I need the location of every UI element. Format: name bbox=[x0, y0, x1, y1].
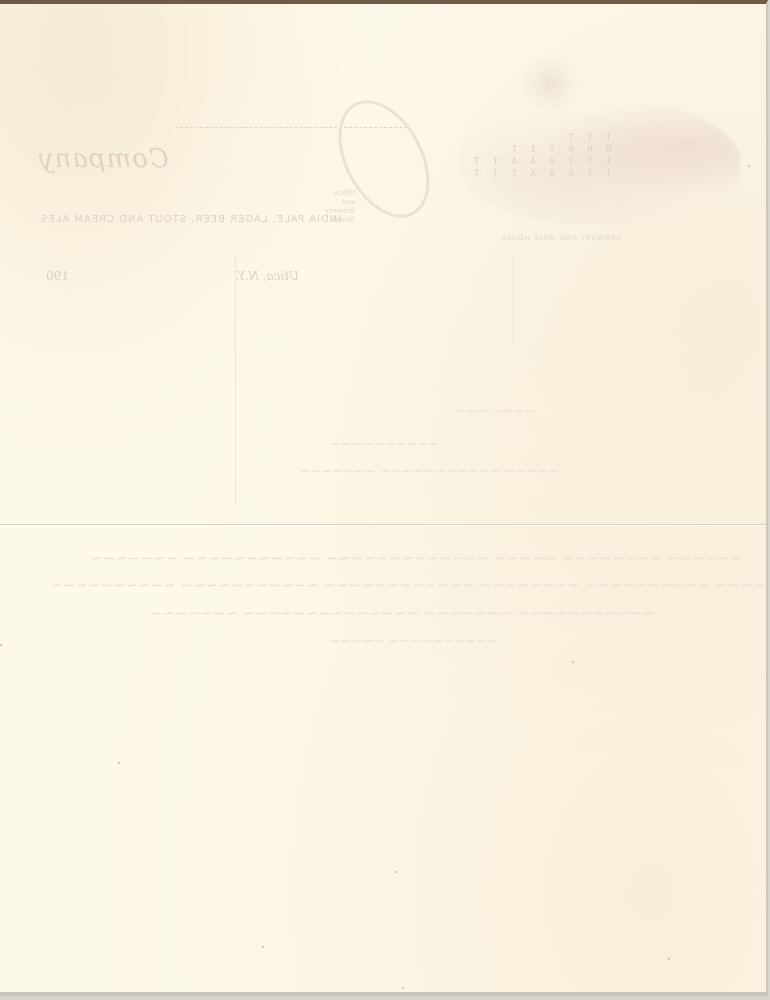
paper-speck bbox=[0, 644, 2, 646]
show-through-body-line: ~~~~~~~ ~~~~~~~~~~ ~~~~~~~~ ~~~~~~~~~~~~… bbox=[50, 576, 768, 594]
paper-fold-crease bbox=[0, 524, 766, 525]
show-through-body-line: ~~~~ ~~~ bbox=[455, 404, 535, 419]
show-through-body-line: ~~~~~~~~~~ ~~~~~ bbox=[330, 634, 498, 649]
show-through-date-year: 190 bbox=[46, 269, 69, 283]
paper-speck bbox=[402, 987, 404, 989]
paper-speck bbox=[395, 871, 397, 873]
engraving-window-rows: T T T R R R T I T T T T A A A T T T T A … bbox=[470, 132, 611, 180]
show-through-body-line: ~~~~~~~~~~~ ~~~~~~~ ~~~~~~~~~~~~~~ ~~~~~… bbox=[150, 604, 654, 622]
show-through-products-line: INDIA PALE, LAGER BEER, STOUT AND CREAM … bbox=[40, 214, 341, 225]
paper-speck bbox=[668, 958, 670, 960]
paper-speck bbox=[572, 661, 574, 663]
paper-speck bbox=[262, 946, 264, 948]
show-through-body-line: ~~~~~ ~~~~~~~~~~~ ~~~~~~~ bbox=[300, 464, 559, 479]
ruled-vertical-line-right bbox=[512, 254, 513, 344]
show-through-body-line: ~~~~~~ ~~~~~~~~ ~~~~~ ~~~~~~~~~~~~~ ~~~~… bbox=[90, 549, 742, 567]
paper-speck bbox=[748, 165, 750, 167]
paper-speck bbox=[118, 762, 120, 764]
show-through-date-city: Utica, N.Y. bbox=[235, 269, 299, 283]
show-through-body-line: ~~~~~~~~~~ bbox=[330, 437, 439, 452]
show-through-company-name: Company bbox=[38, 144, 169, 174]
letter-sheet: T T T R R R T I T T T T A A A T T T T A … bbox=[0, 0, 768, 996]
show-through-right-footnote: BREWERY AND MALT HOUSE bbox=[500, 234, 621, 242]
ruled-vertical-line bbox=[235, 254, 236, 504]
